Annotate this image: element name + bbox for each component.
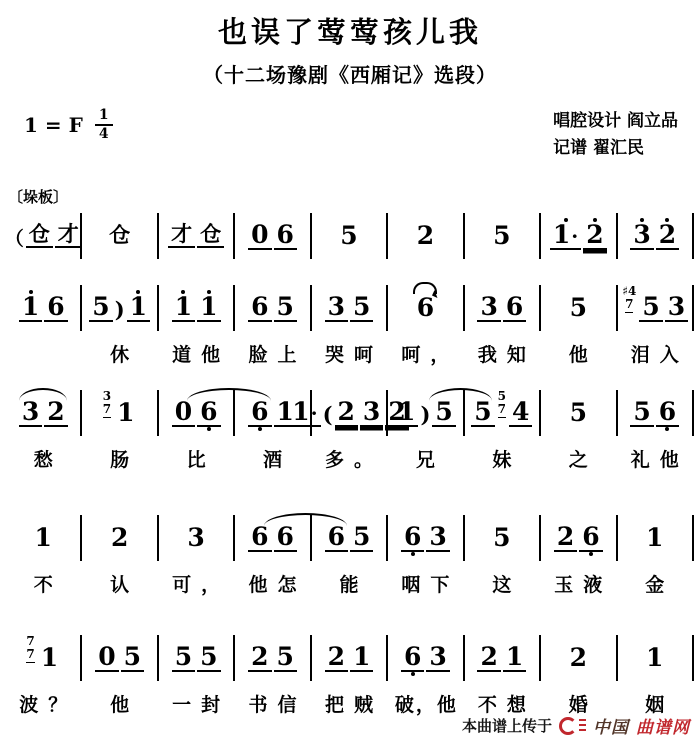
note-digit-row: 5 bbox=[89, 294, 112, 322]
note: 6 bbox=[274, 517, 297, 559]
octave-dot-area bbox=[197, 322, 220, 329]
grace-note: 37 bbox=[103, 390, 111, 417]
note-digit-row: 1 bbox=[19, 294, 42, 322]
measure: 36我知 bbox=[465, 283, 539, 364]
octave-dot-area bbox=[360, 427, 383, 434]
lyric-text: 他怎 bbox=[249, 570, 307, 594]
octave-dot-area bbox=[503, 322, 526, 329]
watermark: 本曲谱上传于 中国 曲谱网 bbox=[462, 713, 690, 738]
measure-notes: 65 bbox=[312, 513, 386, 563]
measure-notes: 05 bbox=[82, 633, 156, 683]
note-digit: 5 bbox=[200, 644, 217, 669]
note-digit-row: 1 bbox=[350, 644, 373, 672]
note-digit: 6 bbox=[404, 524, 421, 549]
credits: 唱腔设计 阎立品 记谱 翟汇民 bbox=[553, 108, 678, 162]
note-digit: 1 bbox=[398, 399, 415, 424]
note: 3 bbox=[360, 392, 383, 434]
grace-note: ♯47 bbox=[622, 285, 636, 312]
octave-dot-area bbox=[656, 427, 679, 434]
measure-notes: 66 bbox=[235, 513, 309, 563]
measure-notes: 5 bbox=[541, 283, 615, 333]
note-digit: 5 bbox=[570, 295, 587, 320]
note-digit: 3 bbox=[22, 399, 39, 424]
measure-notes: （仓才 bbox=[6, 211, 80, 261]
note: 才 bbox=[55, 217, 82, 255]
octave-dot-area bbox=[168, 248, 195, 255]
note-digit: 2 bbox=[659, 222, 676, 247]
note: 5 bbox=[337, 216, 360, 256]
measure-notes: 5 bbox=[465, 513, 539, 563]
low-octave-dot bbox=[411, 552, 415, 556]
octave-dot-area bbox=[643, 671, 666, 678]
note: 6 bbox=[248, 392, 271, 434]
note: 0 bbox=[172, 392, 195, 434]
parenthesis-mark: ) bbox=[420, 402, 430, 427]
note: 5 bbox=[630, 392, 653, 434]
note-digit: 6 bbox=[277, 222, 294, 247]
note: 仓 bbox=[26, 217, 53, 255]
measure-notes: 63 bbox=[388, 513, 462, 563]
note-digit-row: 5 bbox=[274, 644, 297, 672]
note: 2 bbox=[414, 216, 437, 256]
logo-lines-icon bbox=[579, 719, 586, 732]
note-digit-row: 6 bbox=[579, 524, 602, 552]
note-digit: 2 bbox=[338, 399, 355, 424]
note-digit: 3 bbox=[328, 294, 345, 319]
note-digit: 4 bbox=[512, 399, 529, 424]
measure-notes: 2 bbox=[541, 633, 615, 683]
note-digit-row: 仓 bbox=[197, 224, 224, 248]
note-digit: 5 bbox=[92, 294, 109, 319]
note: 3 bbox=[184, 518, 207, 558]
lyric-text: 休 bbox=[110, 340, 129, 364]
note-digit: 5 bbox=[633, 399, 650, 424]
measure: 5 bbox=[312, 211, 386, 261]
note-digit: 6 bbox=[659, 399, 676, 424]
lyric-text: 金 bbox=[645, 570, 664, 594]
measure: 5574妹 bbox=[465, 388, 539, 469]
note-digit-row: 2 bbox=[554, 524, 577, 552]
octave-dot-area bbox=[350, 552, 373, 559]
measure-notes: 25 bbox=[235, 633, 309, 683]
octave-dot-area bbox=[414, 249, 437, 256]
note-digit: 1 bbox=[41, 645, 58, 670]
measure: 06 bbox=[235, 211, 309, 261]
meta-row: 1 = F 1 4 唱腔设计 阎立品 记谱 翟汇民 bbox=[24, 108, 678, 162]
note: 1 bbox=[38, 638, 61, 678]
note-digit-row: 0 bbox=[95, 644, 118, 672]
measure: 才仓 bbox=[159, 211, 233, 261]
note: 1· bbox=[550, 215, 581, 257]
measure-notes: 36 bbox=[465, 283, 539, 333]
note: 3 bbox=[19, 392, 42, 434]
measure: 5)1休 bbox=[82, 283, 156, 364]
measure-notes: 11 bbox=[159, 283, 233, 333]
note-digit: 5 bbox=[124, 644, 141, 669]
barline bbox=[692, 213, 694, 259]
lyric-text: 他 bbox=[110, 690, 129, 714]
lyric-text: 把贼 bbox=[325, 690, 383, 714]
measure-notes: 1 bbox=[618, 633, 692, 683]
octave-dot-area bbox=[172, 427, 195, 434]
measure: 25书信 bbox=[235, 633, 309, 714]
note-digit-row: 6 bbox=[325, 524, 348, 552]
measure: 3可， bbox=[159, 513, 233, 594]
note-digit-row: 3 bbox=[19, 399, 42, 427]
note: 5 bbox=[567, 393, 590, 433]
note-digit: 2 bbox=[480, 644, 497, 669]
note-digit: 3 bbox=[429, 644, 446, 669]
low-octave-dot bbox=[258, 427, 262, 431]
measure: 2 bbox=[388, 211, 462, 261]
octave-dot-area bbox=[490, 551, 513, 558]
note: 才 bbox=[168, 217, 195, 255]
octave-dot-area bbox=[114, 426, 137, 433]
measure: ♯4753泪入 bbox=[618, 283, 692, 364]
note-digit: 6 bbox=[277, 524, 294, 549]
lyric-text: 玉液 bbox=[554, 570, 612, 594]
octave-dot-area bbox=[248, 672, 271, 679]
octave-dot-area bbox=[477, 672, 500, 679]
low-octave-dot bbox=[589, 552, 593, 556]
note-digit-row: 5 bbox=[350, 294, 373, 322]
note-digit-row: 1· bbox=[550, 222, 581, 250]
measure-notes: 2 bbox=[388, 211, 462, 261]
measure: 32 bbox=[618, 211, 692, 261]
octave-dot-area bbox=[639, 322, 662, 329]
note: 3 bbox=[325, 287, 348, 329]
octave-dot-area bbox=[471, 427, 494, 434]
augmentation-dot: · bbox=[571, 226, 578, 246]
note: 6 bbox=[274, 215, 297, 257]
measure-notes: 32 bbox=[6, 388, 80, 438]
octave-dot-area bbox=[325, 552, 348, 559]
note-digit-row: 6 bbox=[248, 399, 271, 427]
note-digit-row: 6 bbox=[274, 524, 297, 552]
note-digit-row: 3 bbox=[477, 294, 500, 322]
measure: 21把贼 bbox=[312, 633, 386, 714]
octave-dot-area bbox=[32, 551, 55, 558]
barline bbox=[692, 515, 694, 561]
measure-notes: 1·2 bbox=[541, 211, 615, 261]
octave-dot-area bbox=[413, 321, 437, 328]
note-digit: 6 bbox=[582, 524, 599, 549]
measure-notes: 32 bbox=[618, 211, 692, 261]
note-digit: 6 bbox=[251, 399, 268, 424]
note-digit: 才 bbox=[58, 224, 79, 245]
note-digit-row: 1 bbox=[172, 294, 195, 322]
note-digit: 6 bbox=[200, 399, 217, 424]
note-digit-row: 5 bbox=[172, 644, 195, 672]
note: 3 bbox=[665, 287, 688, 329]
note-digit: 5 bbox=[353, 294, 370, 319]
octave-dot-area bbox=[325, 672, 348, 679]
note-digit-row: 1 bbox=[503, 644, 526, 672]
octave-dot-area bbox=[550, 250, 581, 257]
note: 2 bbox=[567, 638, 590, 678]
note: 2 bbox=[335, 392, 358, 434]
measure-notes: 5574 bbox=[465, 388, 539, 438]
note-digit: 0 bbox=[98, 644, 115, 669]
octave-dot-area bbox=[432, 427, 455, 434]
page-title: 也误了莺莺孩儿我 bbox=[0, 10, 700, 51]
brand-name-tail: 曲谱网 bbox=[636, 713, 690, 738]
note-digit-row: 1 bbox=[32, 525, 55, 551]
note: 3 bbox=[630, 215, 653, 257]
note: 1 bbox=[32, 518, 55, 558]
note-digit-row: 3 bbox=[184, 525, 207, 551]
lyric-text: 礼他 bbox=[631, 445, 689, 469]
note-digit-row: 2 bbox=[567, 645, 590, 671]
octave-dot-area bbox=[579, 552, 602, 559]
grace-note: 57 bbox=[498, 390, 506, 417]
octave-dot-area bbox=[567, 321, 590, 328]
note: 5 bbox=[471, 392, 494, 434]
octave-dot-area bbox=[583, 250, 606, 257]
measure: 2婚 bbox=[541, 633, 615, 714]
note: 2 bbox=[656, 215, 679, 257]
note-digit-row: 1 bbox=[643, 525, 666, 551]
octave-dot-area bbox=[426, 552, 449, 559]
note-digit: 1 bbox=[553, 222, 570, 247]
note-digit-row: 3 bbox=[360, 399, 383, 427]
note: 6 bbox=[413, 288, 437, 328]
score-system: 771波？05他55一封25书信21把贼63破，他21不想2婚1姻 bbox=[0, 633, 700, 714]
note-digit-row: 才 bbox=[168, 224, 195, 248]
note-digit: 2 bbox=[417, 223, 434, 248]
note-digit-row: 2 bbox=[414, 223, 437, 249]
octave-dot-area bbox=[19, 322, 42, 329]
octave-dot-area bbox=[108, 551, 131, 558]
octave-dot-area bbox=[248, 250, 271, 257]
lyric-text: 姻 bbox=[645, 690, 664, 714]
octave-dot-area bbox=[197, 672, 220, 679]
note-digit-row: 3 bbox=[630, 222, 653, 250]
note-digit-row: 2 bbox=[44, 399, 67, 427]
note-digit: 1 bbox=[175, 294, 192, 319]
note: 0 bbox=[248, 215, 271, 257]
measure: 1·2 bbox=[541, 211, 615, 261]
grace-note: 77 bbox=[26, 635, 34, 662]
measure: 5这 bbox=[465, 513, 539, 594]
octave-dot-area bbox=[335, 427, 358, 434]
measure-notes: 仓 bbox=[82, 211, 156, 261]
note-digit-row: 6 bbox=[656, 399, 679, 427]
measure: 2认 bbox=[82, 513, 156, 594]
note: 5 bbox=[274, 637, 297, 679]
note: 6 bbox=[401, 517, 424, 559]
note-digit: 0 bbox=[251, 222, 268, 247]
measure: 16 bbox=[6, 283, 80, 364]
note-digit-row: 3 bbox=[426, 644, 449, 672]
measure-notes: 35 bbox=[312, 283, 386, 333]
note-digit: 2 bbox=[47, 399, 64, 424]
octave-dot-area bbox=[184, 551, 207, 558]
octave-dot-area bbox=[490, 249, 513, 256]
note-digit: 1 bbox=[292, 399, 309, 424]
octave-dot-area bbox=[337, 249, 360, 256]
score-system: 1不2认3可，66他怎65能63咽下5这26玉液1金 bbox=[0, 513, 700, 594]
note-digit: 5 bbox=[277, 644, 294, 669]
octave-dot-area bbox=[395, 427, 418, 434]
note-digit: 5 bbox=[493, 525, 510, 550]
measure: 65能 bbox=[312, 513, 386, 594]
note: 1 bbox=[114, 393, 137, 433]
measure-notes: 1)5 bbox=[388, 388, 462, 438]
note: 1· bbox=[289, 392, 320, 434]
barline bbox=[692, 635, 694, 681]
note-digit: 仓 bbox=[200, 224, 221, 245]
lyric-text: 不想 bbox=[478, 690, 536, 714]
watermark-prefix: 本曲谱上传于 bbox=[462, 715, 552, 736]
measure-notes: 才仓 bbox=[159, 211, 233, 261]
note-digit-row: 5 bbox=[274, 294, 297, 322]
note-digit-row: 2 bbox=[477, 644, 500, 672]
measure: 1)5兄 bbox=[388, 388, 462, 469]
octave-dot-area bbox=[643, 551, 666, 558]
lyric-text: 能 bbox=[339, 570, 358, 594]
note-digit: 6 bbox=[506, 294, 523, 319]
parenthesis-mark: ( bbox=[323, 402, 333, 427]
key-label: 1 = F bbox=[24, 113, 83, 137]
measure: 1金 bbox=[618, 513, 692, 594]
octave-dot-area bbox=[55, 248, 82, 255]
measure: 66他怎 bbox=[235, 513, 309, 594]
measure-notes: 56 bbox=[618, 388, 692, 438]
note-digit-row: 2 bbox=[583, 222, 606, 250]
note: 6 bbox=[325, 517, 348, 559]
note-digit: 5 bbox=[435, 399, 452, 424]
note: 3 bbox=[426, 637, 449, 679]
note-digit-row: 3 bbox=[665, 294, 688, 322]
note: 1 bbox=[350, 637, 373, 679]
lyric-text: 多。 bbox=[325, 445, 383, 469]
note: 6 bbox=[401, 637, 424, 679]
tempo-mark: 〔垛板〕 bbox=[8, 186, 700, 207]
lyric-text: 他 bbox=[569, 340, 588, 364]
note-digit: 5 bbox=[474, 399, 491, 424]
barline bbox=[692, 285, 694, 331]
note-digit: 3 bbox=[480, 294, 497, 319]
note-digit-row: 6 bbox=[414, 295, 437, 321]
grace-lower: 7 bbox=[625, 298, 633, 313]
measure-notes: 26 bbox=[541, 513, 615, 563]
octave-dot-area bbox=[44, 322, 67, 329]
note-digit-row: 6 bbox=[401, 524, 424, 552]
lyric-text: 一封 bbox=[172, 690, 230, 714]
note: 4 bbox=[509, 392, 532, 434]
octave-dot-area bbox=[121, 672, 144, 679]
note: 1 bbox=[197, 287, 220, 329]
note-digit-row: 5 bbox=[567, 400, 590, 426]
note-digit-row: 2 bbox=[656, 222, 679, 250]
octave-dot-area bbox=[289, 427, 320, 434]
lyric-text: 愁 bbox=[34, 445, 53, 469]
octave-dot-area bbox=[248, 552, 271, 559]
octave-dot-area bbox=[567, 671, 590, 678]
note: 1 bbox=[643, 638, 666, 678]
augmentation-dot: · bbox=[311, 403, 318, 423]
lyric-text: 这 bbox=[492, 570, 511, 594]
octave-dot-area bbox=[19, 427, 42, 434]
measure: 32愁 bbox=[6, 388, 80, 469]
measure-notes: ♯4753 bbox=[618, 283, 692, 333]
note-digit-row: 2 bbox=[108, 525, 131, 551]
octave-dot-area bbox=[127, 322, 150, 329]
key-signature: 1 = F 1 4 bbox=[24, 108, 113, 143]
note-digit: 1 bbox=[22, 294, 39, 319]
note-digit-row: 6 bbox=[197, 399, 220, 427]
note: 6 bbox=[248, 287, 271, 329]
note: 5 bbox=[172, 637, 195, 679]
note: 5 bbox=[639, 287, 662, 329]
octave-dot-area bbox=[89, 322, 112, 329]
measure: 26玉液 bbox=[541, 513, 615, 594]
measure-notes: 55 bbox=[159, 633, 233, 683]
note-digit: 3 bbox=[668, 294, 685, 319]
note-digit-row: 5 bbox=[471, 399, 494, 427]
measure: 35哭呵 bbox=[312, 283, 386, 364]
brand-name-cn: 中国 bbox=[593, 713, 629, 738]
measure-notes: 5 bbox=[541, 388, 615, 438]
measure: 05他 bbox=[82, 633, 156, 714]
lyric-text: 哭呵 bbox=[325, 340, 383, 364]
note-digit: 5 bbox=[493, 223, 510, 248]
octave-dot-area bbox=[106, 247, 133, 254]
note-digit: 3 bbox=[363, 399, 380, 424]
note-digit: 6 bbox=[404, 644, 421, 669]
note: 5 bbox=[490, 518, 513, 558]
measure: 11道他 bbox=[159, 283, 233, 364]
note: 2 bbox=[477, 637, 500, 679]
measure-notes: 5 bbox=[312, 211, 386, 261]
octave-dot-area bbox=[567, 426, 590, 433]
measure-notes: 16 bbox=[6, 283, 80, 333]
note: 2 bbox=[554, 517, 577, 559]
note-digit: 1 bbox=[35, 525, 52, 550]
note: 5 bbox=[89, 287, 112, 329]
note: 仓 bbox=[106, 218, 133, 254]
note-digit-row: 6 bbox=[248, 524, 271, 552]
note-digit: 2 bbox=[251, 644, 268, 669]
note-digit: 6 bbox=[47, 294, 64, 319]
octave-dot-area bbox=[274, 322, 297, 329]
lyric-text: 妹 bbox=[492, 445, 511, 469]
note-digit: 5 bbox=[340, 223, 357, 248]
octave-dot-area bbox=[172, 322, 195, 329]
octave-dot-area bbox=[554, 552, 577, 559]
score-system: 165)1休11道他65脸上35哭呵6呵，36我知5他♯4753泪入 bbox=[0, 283, 700, 364]
note-digit: 1 bbox=[646, 645, 663, 670]
measure: 63破，他 bbox=[388, 633, 462, 714]
note-digit-row: 2 bbox=[335, 399, 358, 427]
octave-dot-area bbox=[350, 672, 373, 679]
octave-dot-area bbox=[503, 672, 526, 679]
octave-dot-area bbox=[172, 672, 195, 679]
note-digit-row: 5 bbox=[567, 295, 590, 321]
octave-dot-area bbox=[325, 322, 348, 329]
measure-notes: 2 bbox=[82, 513, 156, 563]
note-digit-row: 5 bbox=[630, 399, 653, 427]
note-digit-row: 1 bbox=[127, 294, 150, 322]
note-digit: 5 bbox=[570, 400, 587, 425]
octave-dot-area bbox=[197, 427, 220, 434]
measure-notes: 63 bbox=[388, 633, 462, 683]
lyric-text: 比 bbox=[187, 445, 206, 469]
measure: 65脸上 bbox=[235, 283, 309, 364]
note-digit: 6 bbox=[251, 294, 268, 319]
octave-dot-area bbox=[26, 248, 53, 255]
